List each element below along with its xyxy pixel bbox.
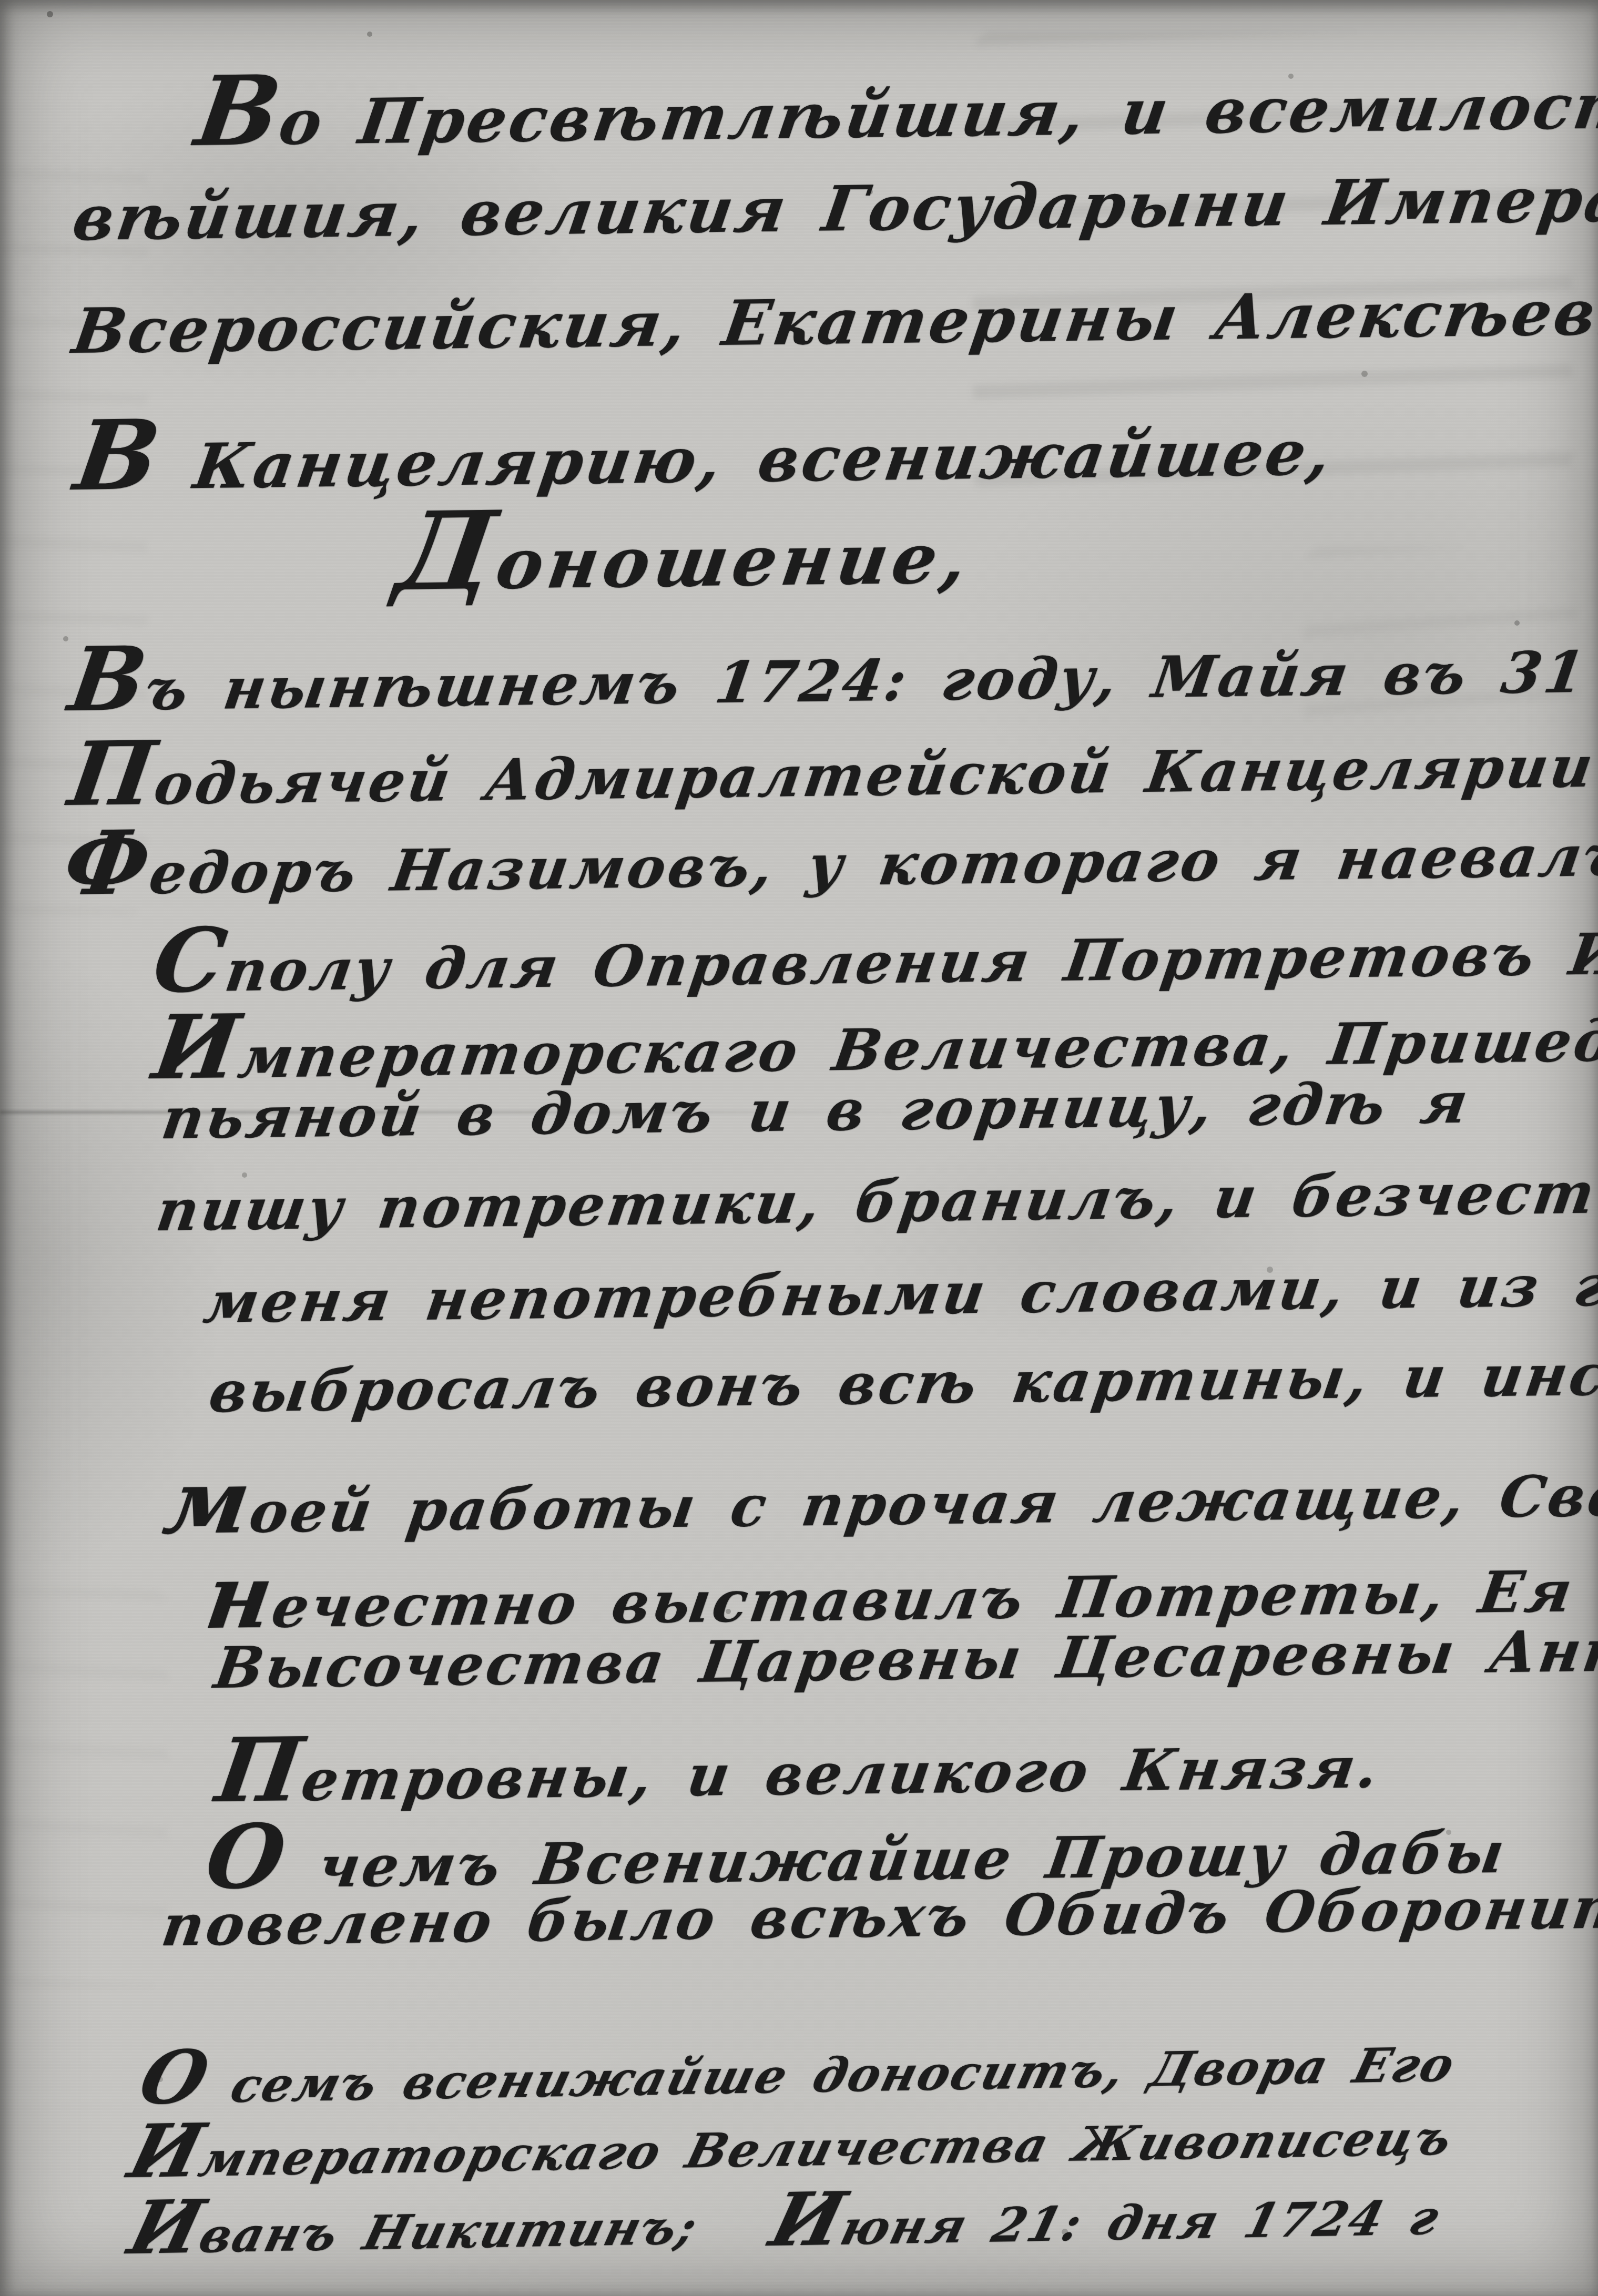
date-line: Июня 21: дня 1724 г — [762, 2165, 1452, 2263]
manuscript-line-14: выбросалъ вонъ всѣ картины, и инструмент… — [205, 1337, 1598, 1425]
bleed-through-bottom-left — [0, 1588, 168, 1987]
signature-ivan-nikitin: Иванъ Никитинъ; — [121, 2175, 710, 2271]
manuscript-page: Во Пресвѣтлѣйшия, и всемилости- вѣйшия, … — [0, 0, 1598, 2296]
heading-donoshenie: Доношение, — [389, 482, 982, 615]
manuscript-line-1: Во Пресвѣтлѣйшия, и всемилости- — [189, 37, 1598, 168]
foxing-specks — [0, 0, 3, 3]
manuscript-line-12: пишу потретики, бранилъ, и безчестилъ — [152, 1159, 1598, 1244]
manuscript-line-13: меня непотребными словами, и из горницы — [200, 1249, 1598, 1336]
